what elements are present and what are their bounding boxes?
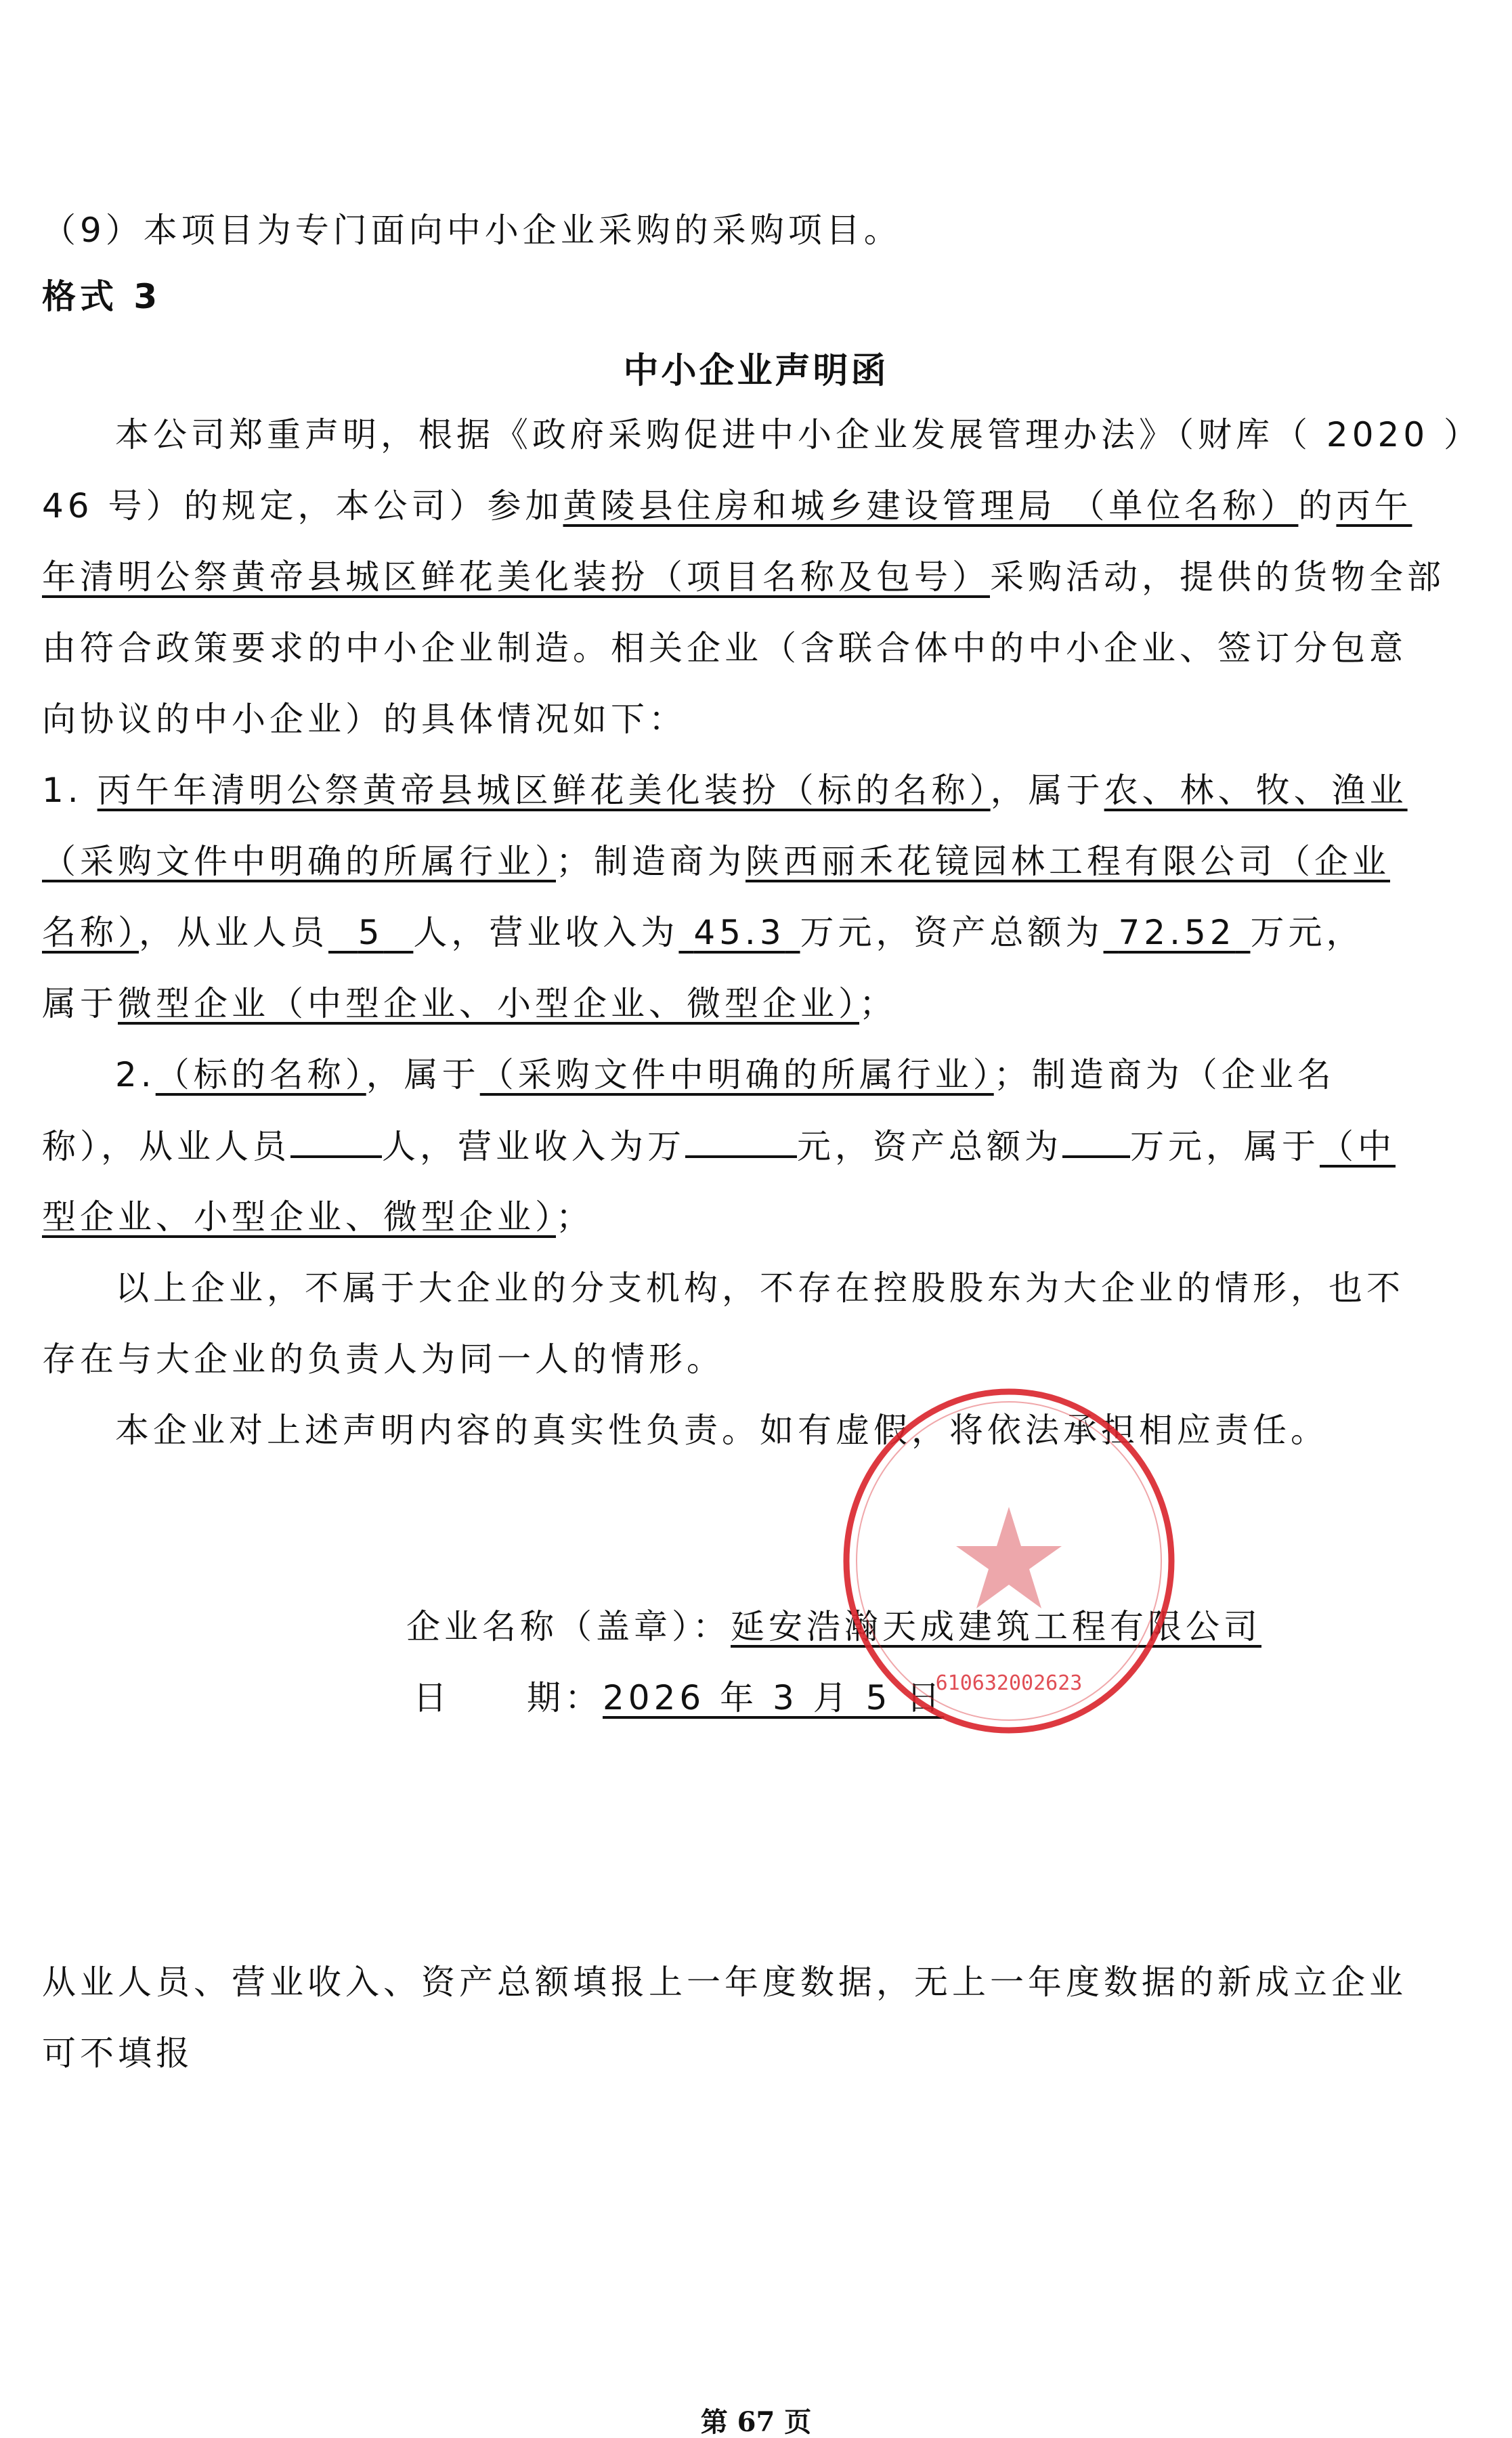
subject-name: 丙午年清明公祭黄帝县城区鲜花美化装扮（标的名称） [98,771,991,810]
revenue: 45.3 [693,913,785,952]
employees: 5 [358,913,384,952]
footnote-line-1: 从业人员、营业收入、资产总额填报上一年度数据，无上一年度数据的新成立企业 [42,1962,1407,2003]
text: ；制造商为 [556,842,746,881]
company-label: 企业名称（盖章）： [406,1607,731,1646]
text: 称），从业人员 [42,1127,290,1166]
seal-code: 610632002623 [936,1671,1083,1695]
text: 元，资产总额为 [797,1127,1062,1166]
text: ；制造商为（企业名 [994,1055,1335,1094]
format-label: 格式 3 [42,276,161,317]
page-title: 中小企业声明函 [0,342,1512,393]
text: 人，营业收入为 [413,913,678,952]
item-9-text: （9）本项目为专门面向中小企业采购的采购项目。 [42,210,902,251]
text: 万元，属于 [1130,1127,1320,1166]
revenue-blank [685,1126,797,1158]
purchaser-name: 黄陵县住房和城乡建设管理局 （单位名称） [563,486,1299,526]
item-2-line-3: 型企业、小型企业、微型企业）； [42,1197,594,1237]
date-label: 日 期： [413,1678,603,1717]
intro-line-4: 由符合政策要求的中小企业制造。相关企业（含联合体中的中小企业、签订分包意 [42,628,1407,668]
industry-blank: （采购文件中明确的所属行业） [480,1055,994,1094]
item-number: 2. [115,1055,156,1094]
revenue-value: 45.3 [678,913,800,952]
text: 人，营业收入为万 [382,1127,685,1166]
subject-name-blank: （标的名称） [156,1055,366,1094]
project-name: 年清明公祭黄帝县城区鲜花美化装扮（项目名称及包号） [42,557,990,597]
text: 采购活动，提供的货物全部 [990,557,1445,597]
text: 万元， [1251,913,1364,952]
item-1-line-1: 1. 丙午年清明公祭黄帝县城区鲜花美化装扮（标的名称），属于农、林、牧、渔业 [42,770,1408,811]
text: 名称） [42,913,139,952]
seal-icon: 610632002623 [840,1385,1178,1737]
employees-value: 5 [328,913,413,952]
project-name-start: 丙午 [1336,486,1412,526]
text: 属于 [42,984,118,1023]
company-seal-stamp: 610632002623 [840,1385,1178,1737]
closing-line-2: 存在与大企业的负责人为同一人的情形。 [42,1339,725,1380]
text: ，从业人员 [139,913,328,952]
page-number: 第 67 页 [0,2401,1512,2438]
industry: 农、林、牧、渔业 [1104,771,1408,810]
employees-blank [290,1126,382,1158]
size-blank-start: （中 [1320,1127,1396,1166]
item-number: 1. [42,771,83,810]
text: 的 [1298,486,1336,526]
intro-line-2: 46 号）的规定，本公司）参加黄陵县住房和城乡建设管理局 （单位名称）的丙午 [42,486,1412,526]
intro-line-3: 年清明公祭黄帝县城区鲜花美化装扮（项目名称及包号）采购活动，提供的货物全部 [42,557,1445,597]
item-1-line-2: （采购文件中明确的所属行业）；制造商为陕西丽禾花镜园林工程有限公司（企业 [42,841,1390,882]
text: ，属于 [991,771,1104,810]
assets-value: 72.52 [1104,913,1251,952]
text: ，属于 [366,1055,480,1094]
assets: 72.52 [1118,913,1235,952]
star-icon [956,1507,1062,1608]
industry-hint: （采购文件中明确的所属行业） [42,842,556,881]
assets-blank [1062,1126,1130,1158]
closing-line-1: 以上企业，不属于大企业的分支机构，不存在控股股东为大企业的情形，也不 [115,1268,1404,1308]
text: ； [556,1197,594,1237]
text: 万元，资产总额为 [800,913,1104,952]
enterprise-size: 微型企业（中型企业、小型企业、微型企业） [118,984,859,1023]
text: 46 号）的规定，本公司）参加 [42,486,563,526]
text: ； [859,984,897,1023]
footnote-line-2: 可不填报 [42,2033,194,2074]
item-2-line-2: 称），从业人员人，营业收入为万元，资产总额为万元，属于（中 [42,1126,1396,1167]
item-1-line-4: 属于微型企业（中型企业、小型企业、微型企业）； [42,983,897,1024]
intro-line-5: 向协议的中小企业）的具体情况如下： [42,699,687,740]
size-blank: 型企业、小型企业、微型企业） [42,1197,556,1237]
manufacturer-name: 陕西丽禾花镜园林工程有限公司（企业 [746,842,1390,881]
intro-line-1: 本公司郑重声明，根据《政府采购促进中小企业发展管理办法》（财库（ 2020 ） [115,414,1482,455]
item-1-line-3: 名称），从业人员 5 人，营业收入为 45.3 万元，资产总额为 72.52 万… [42,912,1364,953]
item-2-line-1: 2.（标的名称），属于（采购文件中明确的所属行业）；制造商为（企业名 [115,1054,1335,1095]
